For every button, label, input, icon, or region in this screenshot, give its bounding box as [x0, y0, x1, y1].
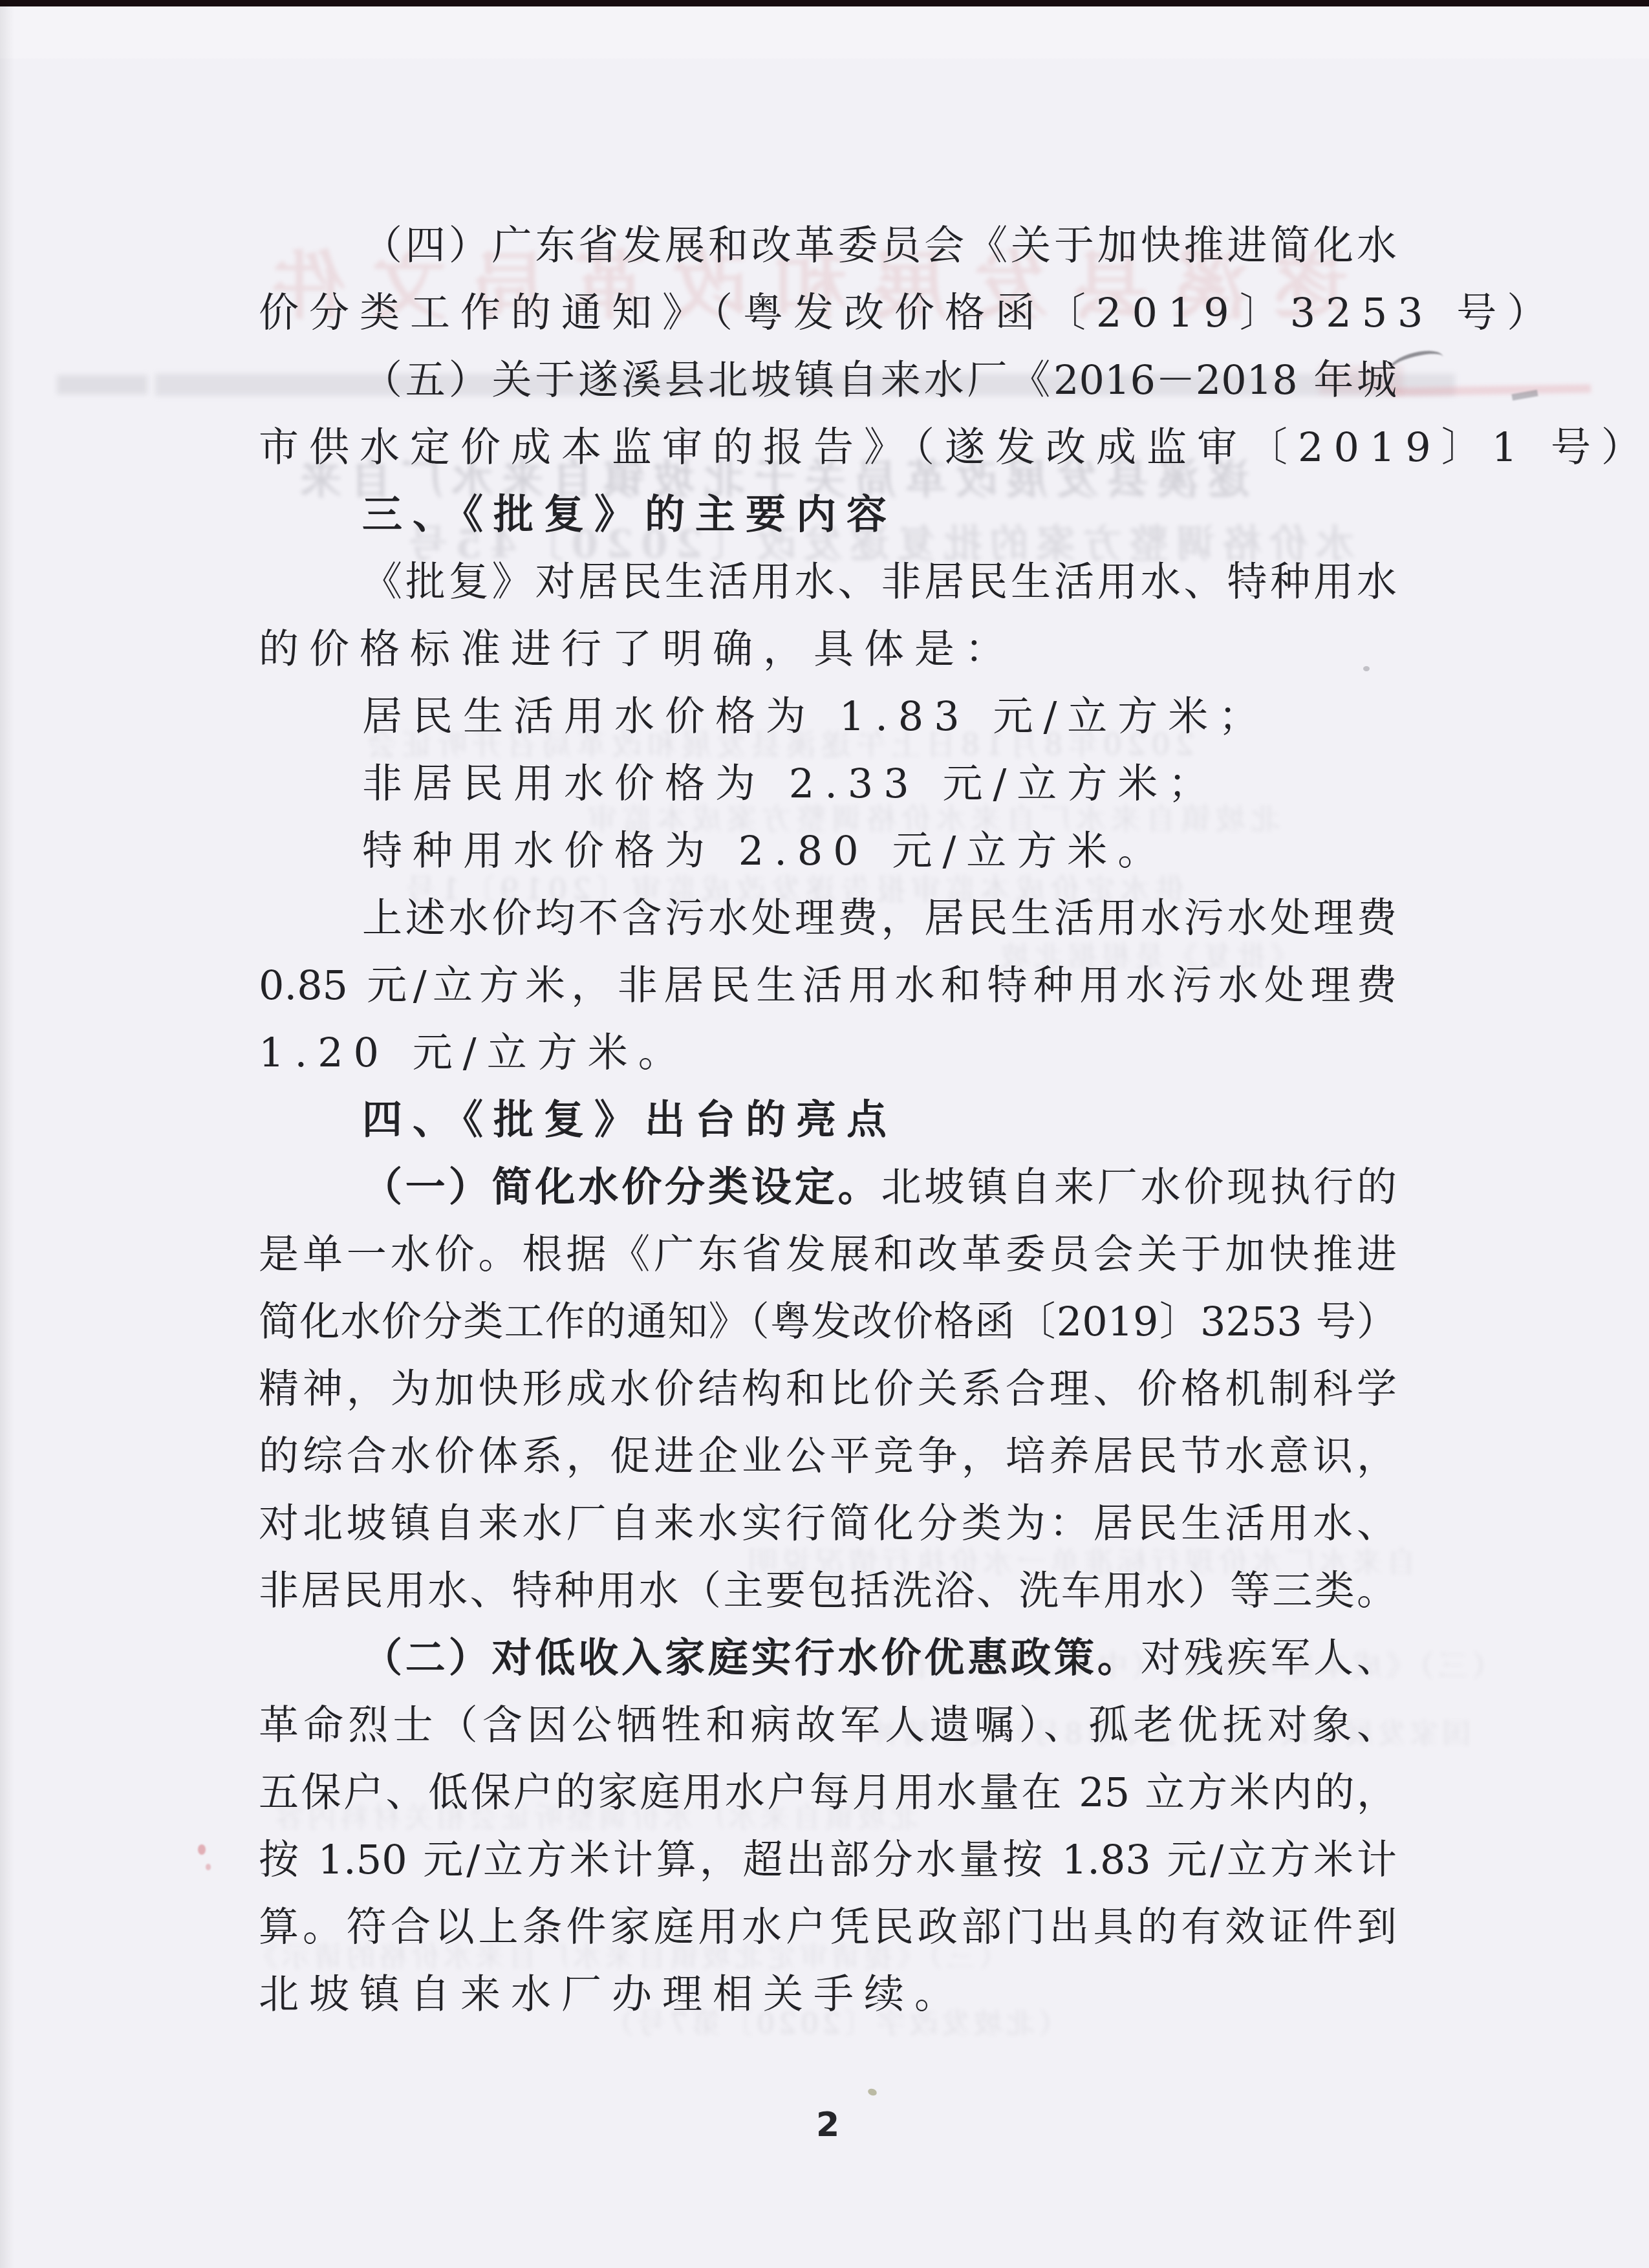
document-text-bold: （一）简化水价分类设定。 — [362, 1163, 881, 1211]
document-text: 北坡镇自来水厂办理相关手续。 — [259, 1971, 965, 2018]
document-text-bold: 四、《批复》出台的亮点 — [362, 1096, 897, 1143]
document-text: 对北坡镇自来水厂自来水实行简化分类为：居民生活用水、 — [259, 1500, 1397, 1547]
document-text: 市供水定价成本监审的报告》（遂发改成监审〔2019〕1 号） — [259, 424, 1649, 471]
document-line: 价分类工作的通知》（粤发改价格函〔2019〕3253 号） — [259, 289, 1397, 336]
document-text: 的综合水价体系，促进企业公平竞争，培养居民节水意识， — [259, 1432, 1397, 1480]
document-text: 特种用水价格为 2.80 元/立方米。 — [362, 827, 1168, 874]
document-line: （一）简化水价分类设定。北坡镇自来厂水价现执行的 — [259, 1163, 1397, 1211]
document-text: 简化水价分类工作的通知》（粤发改价格函〔2019〕3253 号） — [259, 1298, 1397, 1345]
document-line: 五保户、低保户的家庭用水户每月用水量在 25 立方米内的， — [259, 1769, 1397, 1816]
document-text: （四）广东省发展和改革委员会《关于加快推进简化水 — [362, 222, 1397, 269]
document-line: 的价格标准进行了明确，具体是： — [259, 625, 1397, 673]
document-text: 居民生活用水价格为 1.83 元/立方米； — [362, 693, 1269, 740]
document-line: 北坡镇自来水厂办理相关手续。 — [259, 1971, 1397, 2018]
document-line: 非居民用水、特种用水（主要包括洗浴、洗车用水）等三类。 — [259, 1567, 1397, 1614]
document-line: 按 1.50 元/立方米计算，超出部分水量按 1.83 元/立方米计 — [259, 1836, 1397, 1883]
document-line: 精神，为加快形成水价结构和比价关系合理、价格机制科学 — [259, 1365, 1397, 1412]
document-line: 三、《批复》的主要内容 — [259, 491, 1397, 538]
document-line: 算。符合以上条件家庭用水户凭民政部门出具的有效证件到 — [259, 1903, 1397, 1950]
document-line: 简化水价分类工作的通知》（粤发改价格函〔2019〕3253 号） — [259, 1298, 1397, 1345]
page-number: 2 — [792, 2108, 863, 2142]
document-line: 的综合水价体系，促进企业公平竞争，培养居民节水意识， — [259, 1432, 1397, 1480]
document-text: 非居民用水价格为 2.33 元/立方米； — [362, 760, 1218, 807]
document-text-layer: （四）广东省发展和改革委员会《关于加快推进简化水价分类工作的通知》（粤发改价格函… — [0, 0, 1649, 2268]
document-text: 1.20 元/立方米。 — [259, 1029, 689, 1076]
document-text: 非居民用水、特种用水（主要包括洗浴、洗车用水）等三类。 — [259, 1567, 1397, 1614]
document-line: 对北坡镇自来水厂自来水实行简化分类为：居民生活用水、 — [259, 1500, 1397, 1547]
document-text: 是单一水价。根据《广东省发展和改革委员会关于加快推进 — [259, 1231, 1397, 1278]
document-text: 对残疾军人、 — [1141, 1634, 1397, 1681]
document-text: 算。符合以上条件家庭用水户凭民政部门出具的有效证件到 — [259, 1903, 1397, 1950]
document-text: 革命烈士（含因公牺牲和病故军人遗嘱）、孤老优抚对象、 — [259, 1701, 1397, 1749]
document-text: 价分类工作的通知》（粤发改价格函〔2019〕3253 号） — [259, 289, 1557, 336]
document-line: 革命烈士（含因公牺牲和病故军人遗嘱）、孤老优抚对象、 — [259, 1701, 1397, 1749]
document-line: 1.20 元/立方米。 — [259, 1029, 1397, 1076]
document-text: 按 1.50 元/立方米计算，超出部分水量按 1.83 元/立方米计 — [259, 1836, 1397, 1883]
document-text: 精神，为加快形成水价结构和比价关系合理、价格机制科学 — [259, 1365, 1397, 1412]
document-line: 非居民用水价格为 2.33 元/立方米； — [259, 760, 1397, 807]
document-line: 市供水定价成本监审的报告》（遂发改成监审〔2019〕1 号） — [259, 424, 1397, 471]
document-line: （二）对低收入家庭实行水价优惠政策。对残疾军人、 — [259, 1634, 1397, 1681]
document-text: 上述水价均不含污水处理费，居民生活用水污水处理费 — [362, 894, 1397, 942]
document-line: （四）广东省发展和改革委员会《关于加快推进简化水 — [259, 222, 1397, 269]
document-text: （五）关于遂溪县北坡镇自来水厂《2016－2018 年城 — [362, 356, 1397, 404]
document-line: 特种用水价格为 2.80 元/立方米。 — [259, 827, 1397, 874]
document-text-bold: 三、《批复》的主要内容 — [362, 491, 897, 538]
document-line: 0.85 元/立方米，非居民生活用水和特种用水污水处理费 — [259, 962, 1397, 1009]
document-line: 居民生活用水价格为 1.83 元/立方米； — [259, 693, 1397, 740]
document-text: 五保户、低保户的家庭用水户每月用水量在 25 立方米内的， — [259, 1769, 1397, 1816]
document-text: 北坡镇自来厂水价现执行的 — [881, 1163, 1397, 1211]
document-line: 四、《批复》出台的亮点 — [259, 1096, 1397, 1143]
scanned-document-page: 遂溪县发展和改革局文件遂溪县发展改革局关于北坡镇自来水厂自来水价格调整方案的批复… — [0, 0, 1649, 2268]
document-text-bold: （二）对低收入家庭实行水价优惠政策。 — [362, 1634, 1141, 1681]
document-text: 的价格标准进行了明确，具体是： — [259, 625, 1015, 673]
document-line: 上述水价均不含污水处理费，居民生活用水污水处理费 — [259, 894, 1397, 942]
document-text: 《批复》对居民生活用水、非居民生活用水、特种用水 — [362, 558, 1397, 605]
document-line: 《批复》对居民生活用水、非居民生活用水、特种用水 — [259, 558, 1397, 605]
document-line: 是单一水价。根据《广东省发展和改革委员会关于加快推进 — [259, 1231, 1397, 1278]
document-line: （五）关于遂溪县北坡镇自来水厂《2016－2018 年城 — [259, 356, 1397, 404]
document-text: 0.85 元/立方米，非居民生活用水和特种用水污水处理费 — [259, 962, 1397, 1009]
